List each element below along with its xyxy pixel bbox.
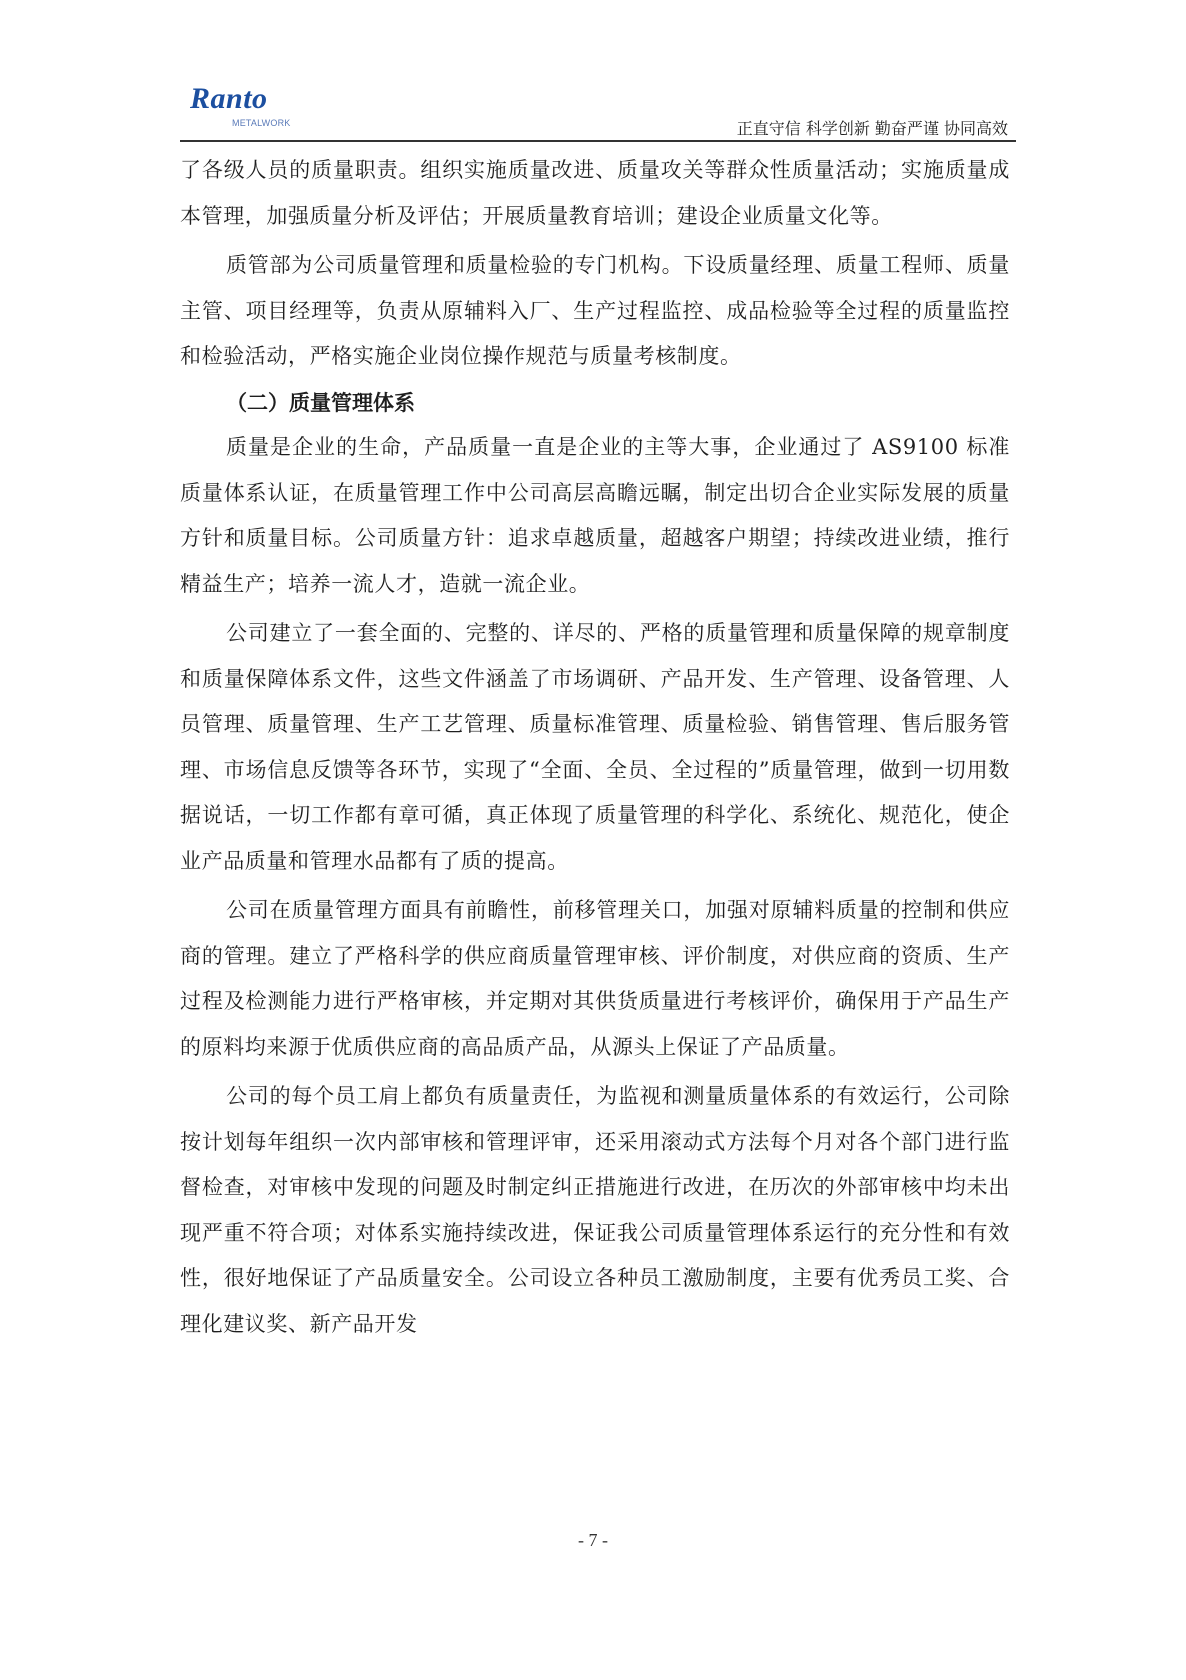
paragraph: 公司的每个员工肩上都负有质量责任，为监视和测量质量体系的有效运行，公司除按计划每… [180,1074,1010,1347]
section-heading: （二）质量管理体系 [226,380,1010,426]
company-motto: 正直守信 科学创新 勤奋严谨 协同高效 [737,116,1008,139]
page-header: Ranto METALWORK 正直守信 科学创新 勤奋严谨 协同高效 [180,78,1016,144]
paragraph: 公司在质量管理方面具有前瞻性，前移管理关口，加强对原辅料质量的控制和供应商的管理… [180,888,1010,1070]
company-logo: Ranto METALWORK [190,82,290,128]
paragraph: 质量是企业的生命，产品质量一直是企业的主等大事，企业通过了 AS9100 标准质… [180,425,1010,607]
logo-wordmark: Ranto [190,82,290,116]
paragraph: 公司建立了一套全面的、完整的、详尽的、严格的质量管理和质量保障的规章制度和质量保… [180,611,1010,884]
header-divider [180,140,1016,142]
page-number: - 7 - [0,1530,1186,1551]
logo-subtitle: METALWORK [232,118,290,128]
paragraph-continued: 了各级人员的质量职责。组织实施质量改进、质量攻关等群众性质量活动；实施质量成本管… [180,148,1010,239]
paragraph: 质管部为公司质量管理和质量检验的专门机构。下设质量经理、质量工程师、质量主管、项… [180,243,1010,380]
document-body: 了各级人员的质量职责。组织实施质量改进、质量攻关等群众性质量活动；实施质量成本管… [180,148,1010,1347]
